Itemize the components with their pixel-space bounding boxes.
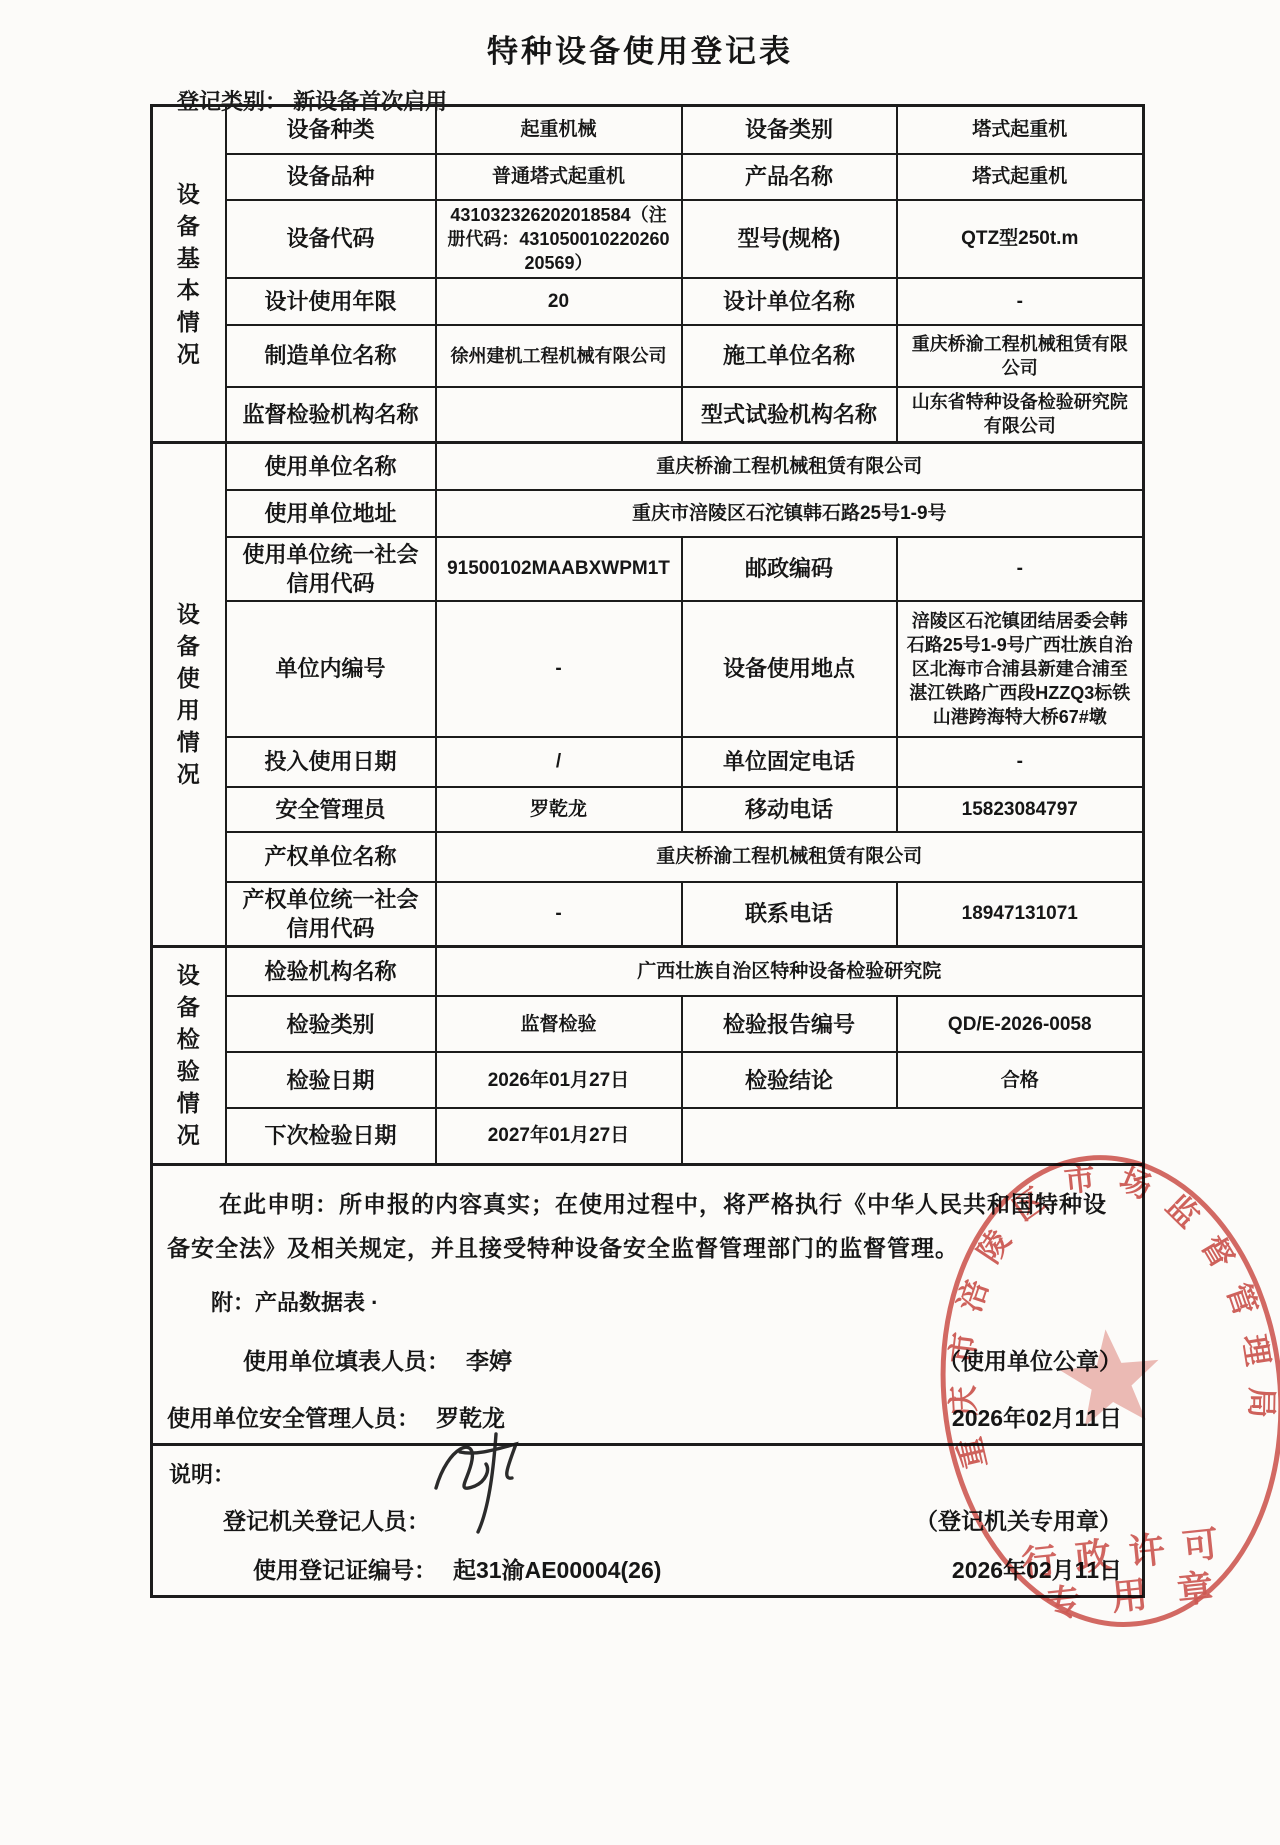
value-type-test-org: 山东省特种设备检验研究院有限公司 bbox=[897, 387, 1144, 443]
label-next-inspection-date: 下次检验日期 bbox=[226, 1108, 436, 1164]
value-postal-code: - bbox=[897, 537, 1144, 601]
label-construction-unit: 施工单位名称 bbox=[682, 325, 897, 387]
label-manufacturer: 制造单位名称 bbox=[226, 325, 436, 387]
value-equipment-variety: 普通塔式起重机 bbox=[436, 154, 682, 200]
filler-name: 李婷 bbox=[466, 1348, 512, 1374]
row-equipment-kind: 设备基本情况 设备种类 起重机械 设备类别 塔式起重机 bbox=[152, 106, 1144, 154]
label-supervision-inspection-org: 监督检验机构名称 bbox=[226, 387, 436, 443]
row-safety-manager: 安全管理员 罗乾龙 移动电话 15823084797 bbox=[152, 787, 1144, 832]
label-owner-credit-code: 产权单位统一社会信用代码 bbox=[226, 882, 436, 947]
row-start-date: 投入使用日期 / 单位固定电话 - bbox=[152, 737, 1144, 787]
value-inspection-type: 监督检验 bbox=[436, 996, 682, 1052]
label-equipment-variety: 设备品种 bbox=[226, 154, 436, 200]
registration-form: 设备基本情况 设备种类 起重机械 设备类别 塔式起重机 设备品种 普通塔式起重机… bbox=[150, 104, 1145, 1598]
value-owner-credit-code: - bbox=[436, 882, 682, 947]
filler-left: 使用单位填表人员：李婷 bbox=[243, 1343, 512, 1376]
value-owner-name: 重庆桥渝工程机械租赁有限公司 bbox=[436, 832, 1144, 882]
label-report-no: 检验报告编号 bbox=[682, 996, 897, 1052]
label-contact-phone: 联系电话 bbox=[682, 882, 897, 947]
page-title: 特种设备使用登记表 bbox=[0, 0, 1280, 71]
label-unit-address: 使用单位地址 bbox=[226, 490, 436, 537]
value-design-life: 20 bbox=[436, 278, 682, 325]
label-fixed-phone: 单位固定电话 bbox=[682, 737, 897, 787]
value-use-location: 涪陵区石沱镇团结居委会韩石路25号1-9号广西壮族自治区北海市合浦县新建合浦至湛… bbox=[897, 601, 1144, 737]
value-inspection-org: 广西壮族自治区特种设备检验研究院 bbox=[436, 946, 1144, 996]
label-unit-credit-code: 使用单位统一社会信用代码 bbox=[226, 537, 436, 601]
value-design-unit: - bbox=[897, 278, 1144, 325]
declaration-attachment: 附：产品数据表 · bbox=[211, 1286, 1128, 1317]
row-unit-address: 使用单位地址 重庆市涪陵区石沱镇韩石路25号1-9号 bbox=[152, 490, 1144, 537]
row-owner-name: 产权单位名称 重庆桥渝工程机械租赁有限公司 bbox=[152, 832, 1144, 882]
row-internal-no-location: 单位内编号 - 设备使用地点 涪陵区石沱镇团结居委会韩石路25号1-9号广西壮族… bbox=[152, 601, 1144, 737]
document-page: 特种设备使用登记表 登记类别： 新设备首次启用 设备基本情况 设备种类 起重机械… bbox=[0, 0, 1280, 1845]
label-start-date: 投入使用日期 bbox=[226, 737, 436, 787]
value-inspection-result: 合格 bbox=[897, 1052, 1144, 1108]
row-registry: 说明： 登记机关登记人员： （登记机关专用章） 使用登记证编号：起31渝AE00… bbox=[152, 1444, 1144, 1596]
safety-label: 使用单位安全管理人员： bbox=[167, 1405, 420, 1431]
value-contact-phone: 18947131071 bbox=[897, 882, 1144, 947]
signature-icon bbox=[420, 1422, 550, 1540]
label-inspection-date: 检验日期 bbox=[226, 1052, 436, 1108]
row-owner-credit-code: 产权单位统一社会信用代码 - 联系电话 18947131071 bbox=[152, 882, 1144, 947]
row-unit-credit-code: 使用单位统一社会信用代码 91500102MAABXWPM1T 邮政编码 - bbox=[152, 537, 1144, 601]
label-type-test-org: 型式试验机构名称 bbox=[682, 387, 897, 443]
value-unit-address: 重庆市涪陵区石沱镇韩石路25号1-9号 bbox=[436, 490, 1144, 537]
value-start-date: / bbox=[436, 737, 682, 787]
label-model-spec: 型号(规格) bbox=[682, 200, 897, 278]
row-design-life: 设计使用年限 20 设计单位名称 - bbox=[152, 278, 1144, 325]
value-inspection-date: 2026年01月27日 bbox=[436, 1052, 682, 1108]
registry-block: 说明： 登记机关登记人员： （登记机关专用章） 使用登记证编号：起31渝AE00… bbox=[152, 1444, 1144, 1596]
value-product-name: 塔式起重机 bbox=[897, 154, 1144, 200]
row-inspection-orgs: 监督检验机构名称 型式试验机构名称 山东省特种设备检验研究院有限公司 bbox=[152, 387, 1144, 443]
value-fixed-phone: - bbox=[897, 737, 1144, 787]
registry-seal-note: （登记机关专用章） bbox=[915, 1503, 1122, 1536]
value-equipment-category: 塔式起重机 bbox=[897, 106, 1144, 154]
registry-date: 2026年02月11日 bbox=[952, 1552, 1122, 1585]
unit-seal-note: （使用单位公章） bbox=[938, 1343, 1122, 1376]
label-product-name: 产品名称 bbox=[682, 154, 897, 200]
declaration-block: 在此申明：所申报的内容真实；在使用过程中，将严格执行《中华人民共和国特种设备安全… bbox=[152, 1164, 1144, 1444]
label-use-location: 设备使用地点 bbox=[682, 601, 897, 737]
label-internal-no: 单位内编号 bbox=[226, 601, 436, 737]
label-owner-name: 产权单位名称 bbox=[226, 832, 436, 882]
value-model-spec: QTZ型250t.m bbox=[897, 200, 1144, 278]
value-construction-unit: 重庆桥渝工程机械租赁有限公司 bbox=[897, 325, 1144, 387]
value-safety-manager: 罗乾龙 bbox=[436, 787, 682, 832]
fill-date: 2026年02月11日 bbox=[952, 1400, 1122, 1433]
row-declaration: 在此申明：所申报的内容真实；在使用过程中，将严格执行《中华人民共和国特种设备安全… bbox=[152, 1164, 1144, 1444]
label-safety-manager: 安全管理员 bbox=[226, 787, 436, 832]
row-inspection-type: 检验类别 监督检验 检验报告编号 QD/E-2026-0058 bbox=[152, 996, 1144, 1052]
value-mobile-phone: 15823084797 bbox=[897, 787, 1144, 832]
label-mobile-phone: 移动电话 bbox=[682, 787, 897, 832]
label-postal-code: 邮政编码 bbox=[682, 537, 897, 601]
cert-no: 起31渝AE00004(26) bbox=[453, 1557, 661, 1583]
value-equipment-kind: 起重机械 bbox=[436, 106, 682, 154]
row-unit-name: 设备使用情况 使用单位名称 重庆桥渝工程机械租赁有限公司 bbox=[152, 443, 1144, 490]
filler-line: 使用单位填表人员：李婷 （使用单位公章） bbox=[243, 1343, 1122, 1376]
label-inspection-result: 检验结论 bbox=[682, 1052, 897, 1108]
cert-line: 使用登记证编号：起31渝AE00004(26) 2026年02月11日 bbox=[253, 1552, 1122, 1585]
row-inspection-date: 检验日期 2026年01月27日 检验结论 合格 bbox=[152, 1052, 1144, 1108]
value-unit-credit-code: 91500102MAABXWPM1T bbox=[436, 537, 682, 601]
value-report-no: QD/E-2026-0058 bbox=[897, 996, 1144, 1052]
value-next-inspection-date: 2027年01月27日 bbox=[436, 1108, 682, 1164]
row-device-code: 设备代码 431032326202018584（注册代码：43105001022… bbox=[152, 200, 1144, 278]
value-supervision-inspection-org bbox=[436, 387, 682, 443]
value-unit-name: 重庆桥渝工程机械租赁有限公司 bbox=[436, 443, 1144, 490]
safety-line: 使用单位安全管理人员：罗乾龙 2026年02月11日 bbox=[167, 1400, 1122, 1433]
label-inspection-type: 检验类别 bbox=[226, 996, 436, 1052]
empty-cell bbox=[682, 1108, 1144, 1164]
label-device-code: 设备代码 bbox=[226, 200, 436, 278]
label-equipment-kind: 设备种类 bbox=[226, 106, 436, 154]
row-equipment-variety: 设备品种 普通塔式起重机 产品名称 塔式起重机 bbox=[152, 154, 1144, 200]
label-unit-name: 使用单位名称 bbox=[226, 443, 436, 490]
filler-label: 使用单位填表人员： bbox=[243, 1348, 450, 1374]
row-inspection-org: 设备检验情况 检验机构名称 广西壮族自治区特种设备检验研究院 bbox=[152, 946, 1144, 996]
registrar-label: 登记机关登记人员： bbox=[223, 1503, 430, 1536]
section-header-usage: 设备使用情况 bbox=[152, 443, 226, 947]
registrar-signature bbox=[420, 1422, 550, 1545]
section-header-basic: 设备基本情况 bbox=[152, 106, 226, 443]
declaration-text: 在此申明：所申报的内容真实；在使用过程中，将严格执行《中华人民共和国特种设备安全… bbox=[167, 1182, 1128, 1270]
value-internal-no: - bbox=[436, 601, 682, 737]
row-manufacturer: 制造单位名称 徐州建机工程机械有限公司 施工单位名称 重庆桥渝工程机械租赁有限公… bbox=[152, 325, 1144, 387]
label-equipment-category: 设备类别 bbox=[682, 106, 897, 154]
row-next-inspection-date: 下次检验日期 2027年01月27日 bbox=[152, 1108, 1144, 1164]
label-design-life: 设计使用年限 bbox=[226, 278, 436, 325]
note-label: 说明： bbox=[169, 1458, 1128, 1489]
label-inspection-org: 检验机构名称 bbox=[226, 946, 436, 996]
value-device-code: 431032326202018584（注册代码：4310500102202602… bbox=[436, 200, 682, 278]
cert-label: 使用登记证编号： bbox=[253, 1557, 437, 1583]
section-header-inspection: 设备检验情况 bbox=[152, 946, 226, 1164]
cert-left: 使用登记证编号：起31渝AE00004(26) bbox=[253, 1552, 661, 1585]
label-design-unit: 设计单位名称 bbox=[682, 278, 897, 325]
value-manufacturer: 徐州建机工程机械有限公司 bbox=[436, 325, 682, 387]
registrar-line: 登记机关登记人员： （登记机关专用章） bbox=[223, 1503, 1122, 1536]
